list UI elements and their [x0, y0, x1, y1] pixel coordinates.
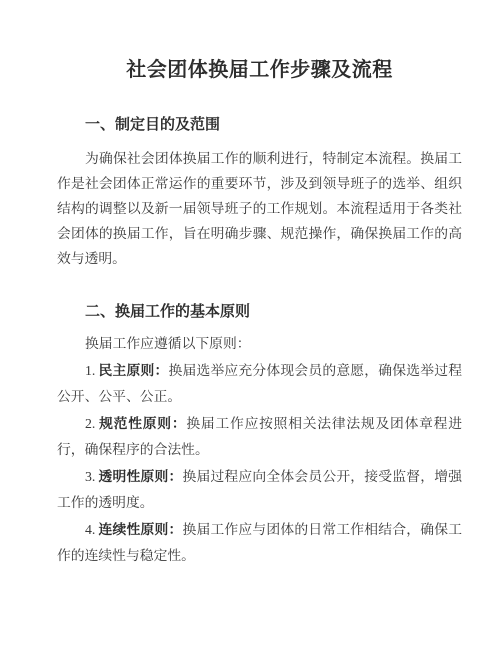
- purpose-paragraph: 为确保社会团体换届工作的顺利进行，特制定本流程。换届工作是社会团体正常运作的重要…: [57, 146, 462, 271]
- principle-item-2: 2.规范性原则：换届工作应按照相关法律法规及团体章程进行，确保程序的合法性。: [57, 411, 462, 463]
- item-number: 3.: [85, 469, 95, 484]
- section-principles: 二、换届工作的基本原则 换届工作应遵循以下原则： 1.民主原则：换届选举应充分体…: [57, 301, 462, 569]
- section-purpose: 一、制定目的及范围 为确保社会团体换届工作的顺利进行，特制定本流程。换届工作是社…: [57, 114, 462, 271]
- item-number: 1.: [85, 363, 95, 378]
- item-label: 规范性原则：: [98, 416, 186, 431]
- item-number: 2.: [85, 416, 95, 431]
- page-title: 社会团体换届工作步骤及流程: [57, 56, 462, 84]
- principle-item-3: 3.透明性原则：换届过程应向全体会员公开，接受监督，增强工作的透明度。: [57, 464, 462, 516]
- item-label: 透明性原则：: [98, 469, 182, 484]
- principles-intro: 换届工作应遵循以下原则：: [57, 331, 462, 357]
- section-heading-principles: 二、换届工作的基本原则: [57, 301, 462, 323]
- principle-item-4: 4.连续性原则：换届工作应与团体的日常工作相结合，确保工作的连续性与稳定性。: [57, 517, 462, 569]
- section-heading-purpose: 一、制定目的及范围: [57, 114, 462, 136]
- principle-item-1: 1.民主原则：换届选举应充分体现会员的意愿，确保选举过程公开、公平、公正。: [57, 358, 462, 410]
- item-number: 4.: [85, 522, 95, 537]
- item-label: 民主原则：: [98, 363, 168, 378]
- item-label: 连续性原则：: [98, 522, 182, 537]
- document-page: 社会团体换届工作步骤及流程 一、制定目的及范围 为确保社会团体换届工作的顺利进行…: [0, 0, 500, 647]
